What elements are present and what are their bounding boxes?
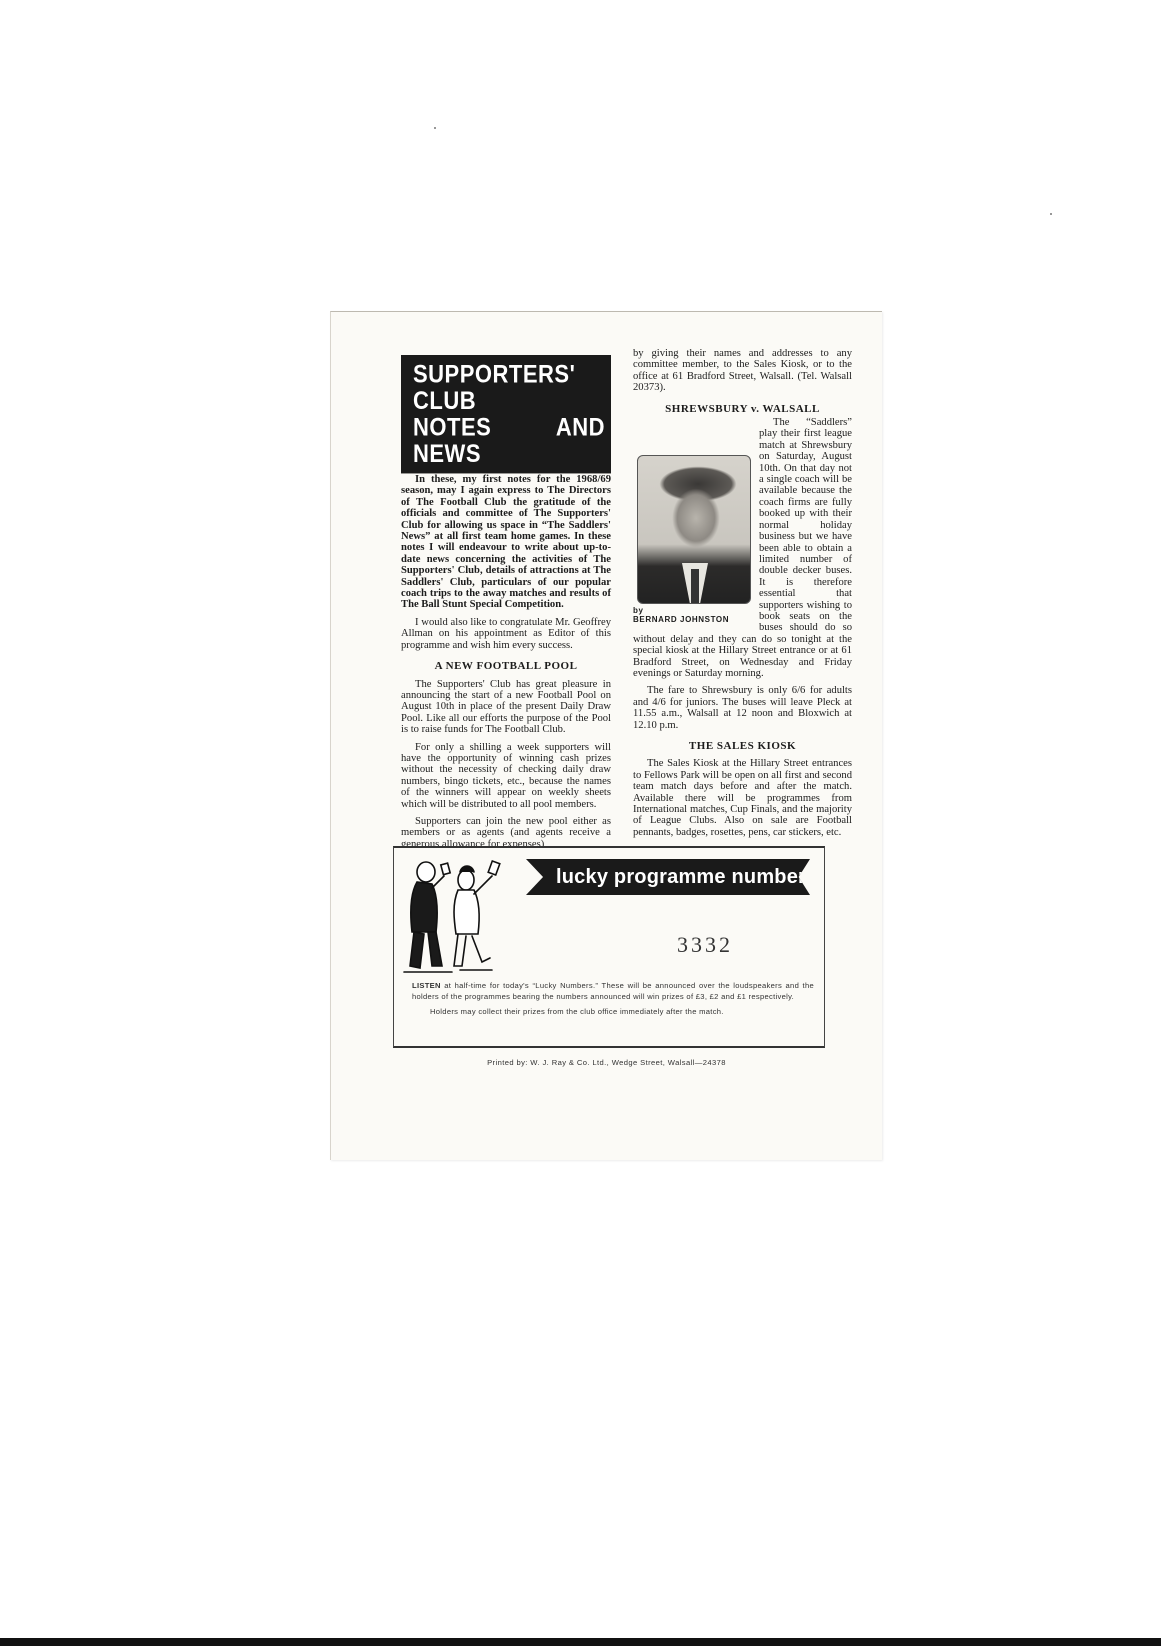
lucky-number-value: 3332	[677, 932, 733, 958]
pool-heading: A NEW FOOTBALL POOL	[401, 661, 611, 672]
scan-edge-bar	[0, 1638, 1161, 1646]
continuation-paragraph: by giving their names and addresses to a…	[633, 348, 852, 394]
photo-caption: by BERNARD JOHNSTON	[633, 606, 755, 624]
left-column: SUPPORTERS' CLUB NOTES AND NEWS In these…	[401, 355, 611, 856]
author-photo-block: by BERNARD JOHNSTON	[633, 455, 755, 624]
kiosk-paragraph: The Sales Kiosk at the Hillary Street en…	[633, 758, 852, 838]
author-portrait-image	[637, 455, 751, 604]
author-name: BERNARD JOHNSTON	[633, 615, 755, 624]
listen-text: at half-time for today's “Lucky Numbers.…	[412, 981, 814, 1001]
intro-paragraph: In these, my first notes for the 1968/69…	[401, 474, 611, 611]
programme-page: SUPPORTERS' CLUB NOTES AND NEWS In these…	[330, 311, 882, 1160]
shrewsbury-paragraph-2: The fare to Shrewsbury is only 6/6 for a…	[633, 685, 852, 731]
title-line-1: SUPPORTERS' CLUB	[413, 361, 605, 414]
scan-speck	[1050, 213, 1052, 215]
pool-paragraph-2: For only a shilling a week supporters wi…	[401, 742, 611, 810]
advert-text: LISTEN at half-time for today's “Lucky N…	[412, 980, 814, 1021]
right-column: by giving their names and addresses to a…	[633, 348, 852, 844]
title-line-2: NOTES AND NEWS	[413, 414, 605, 467]
shrewsbury-heading: SHREWSBURY v. WALSALL	[633, 404, 852, 415]
pool-paragraph-1: The Supporters' Club has great pleasure …	[401, 679, 611, 736]
congrats-paragraph: I would also like to congratulate Mr. Ge…	[401, 617, 611, 651]
collect-text: Holders may collect their prizes from th…	[412, 1006, 814, 1017]
lucky-number-banner: lucky programme number	[526, 859, 810, 895]
scan-speck	[434, 127, 436, 129]
listen-label: LISTEN	[412, 981, 441, 990]
printer-credit: Printed by: W. J. Ray & Co. Ltd., Wedge …	[331, 1058, 882, 1067]
cartoon-illustration	[402, 854, 520, 979]
lucky-number-advert: lucky programme number 3332 LISTEN at ha…	[393, 846, 825, 1048]
kiosk-heading: THE SALES KIOSK	[633, 741, 852, 752]
page-title: SUPPORTERS' CLUB NOTES AND NEWS	[401, 355, 611, 473]
